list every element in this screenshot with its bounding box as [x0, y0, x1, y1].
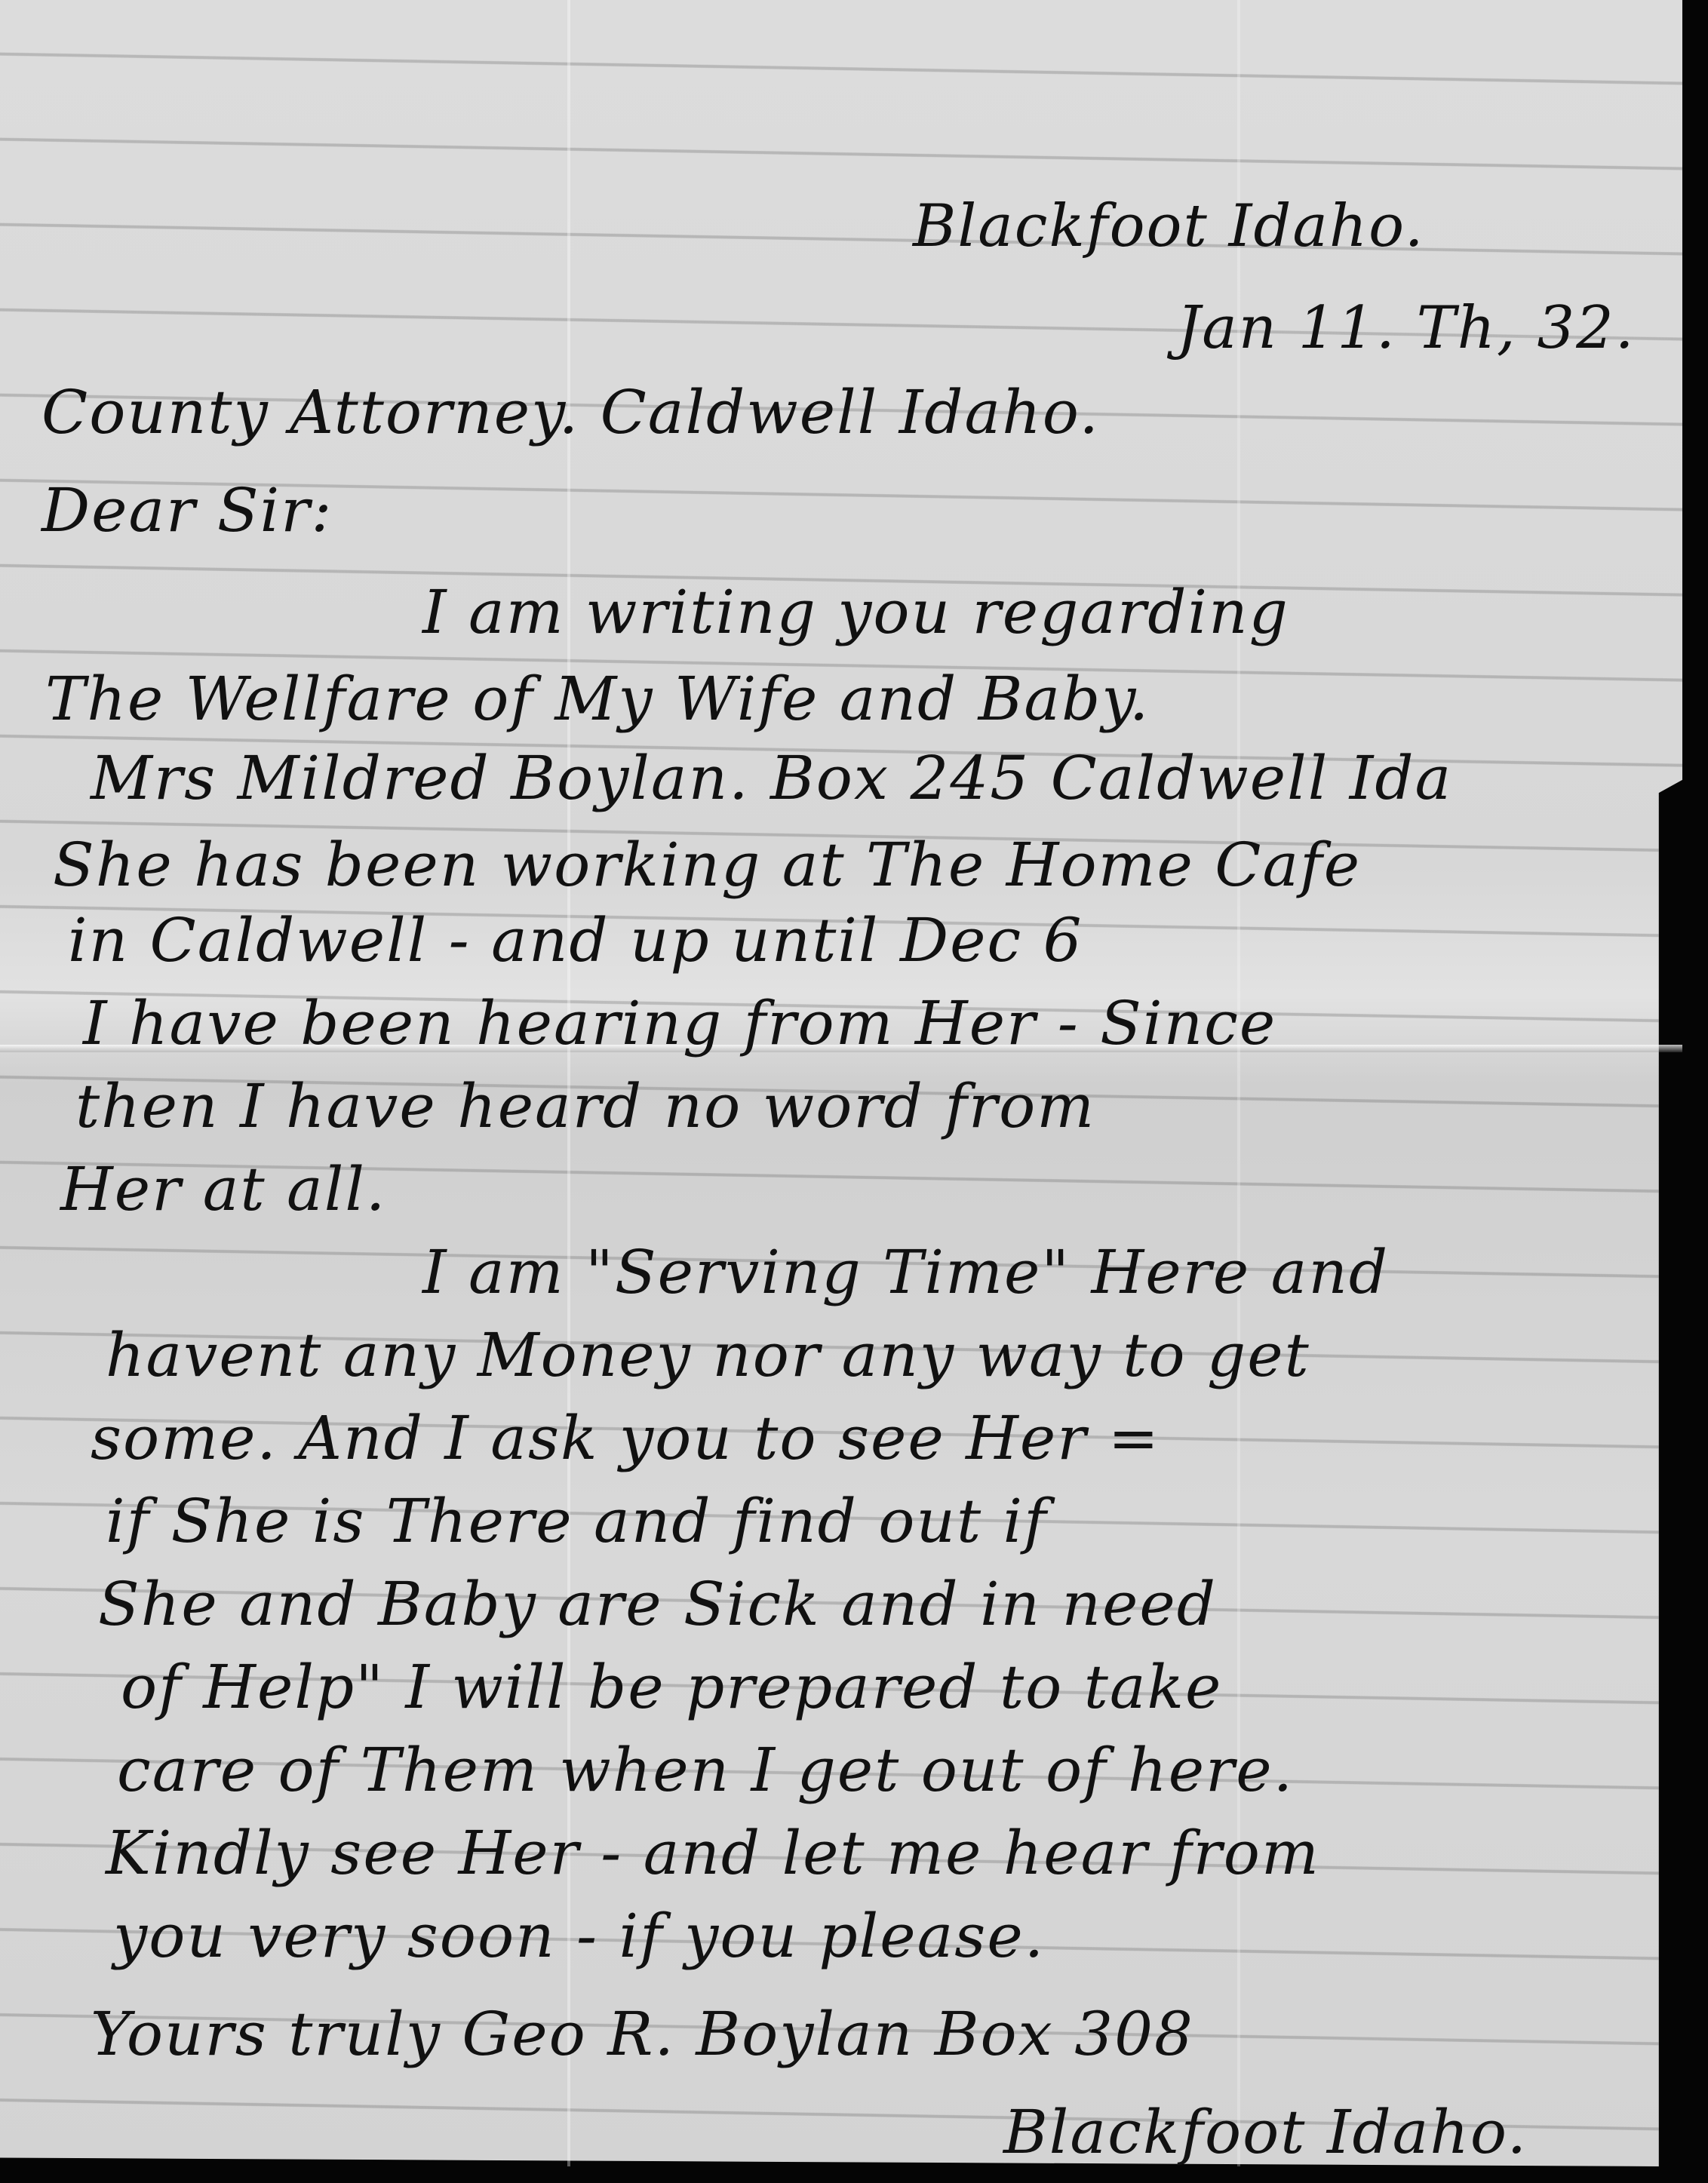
letter-body-line: I am writing you regarding	[422, 577, 1289, 647]
letter-body-line: some. And I ask you to see Her =	[91, 1403, 1160, 1473]
letter-closing-signature: Yours truly Geo R. Boylan Box 308	[91, 1999, 1194, 2069]
letter-body-line: if She is There and find out if	[106, 1486, 1048, 1556]
letter-body-line: I am "Serving Time" Here and	[422, 1237, 1389, 1307]
letter-body-line: The Wellfare of My Wife and Baby.	[45, 664, 1150, 734]
letter-body-line: I have been hearing from Her - Since	[83, 988, 1276, 1058]
letter-body-line: havent any Money nor any way to get	[106, 1320, 1310, 1390]
letter-body-line: in Caldwell - and up until Dec 6	[68, 905, 1083, 975]
letter-body-line: of Help" I will be prepared to take	[121, 1652, 1222, 1722]
letter-body-line: Mrs Mildred Boylan. Box 245 Caldwell Ida	[91, 743, 1452, 813]
letter-salutation: Dear Sir:	[41, 475, 333, 545]
letter-date: Jan 11. Th, 32.	[1177, 294, 1636, 362]
letter-body-line: She has been working at The Home Cafe	[53, 830, 1361, 900]
letter-place: Blackfoot Idaho.	[913, 192, 1425, 260]
letter-body-line: then I have heard no word from	[75, 1071, 1095, 1141]
letter-addressee: County Attorney. Caldwell Idaho.	[41, 377, 1100, 447]
letter-body-line: She and Baby are Sick and in need	[98, 1569, 1217, 1639]
letter-body-line: Her at all.	[60, 1154, 386, 1224]
letter-body-line: you very soon - if you please.	[113, 1901, 1045, 1971]
letter-signature-place: Blackfoot Idaho.	[1003, 2097, 1528, 2167]
letter-body-line: Kindly see Her - and let me hear from	[106, 1818, 1320, 1888]
letter-body-line: care of Them when I get out of here.	[117, 1735, 1294, 1805]
